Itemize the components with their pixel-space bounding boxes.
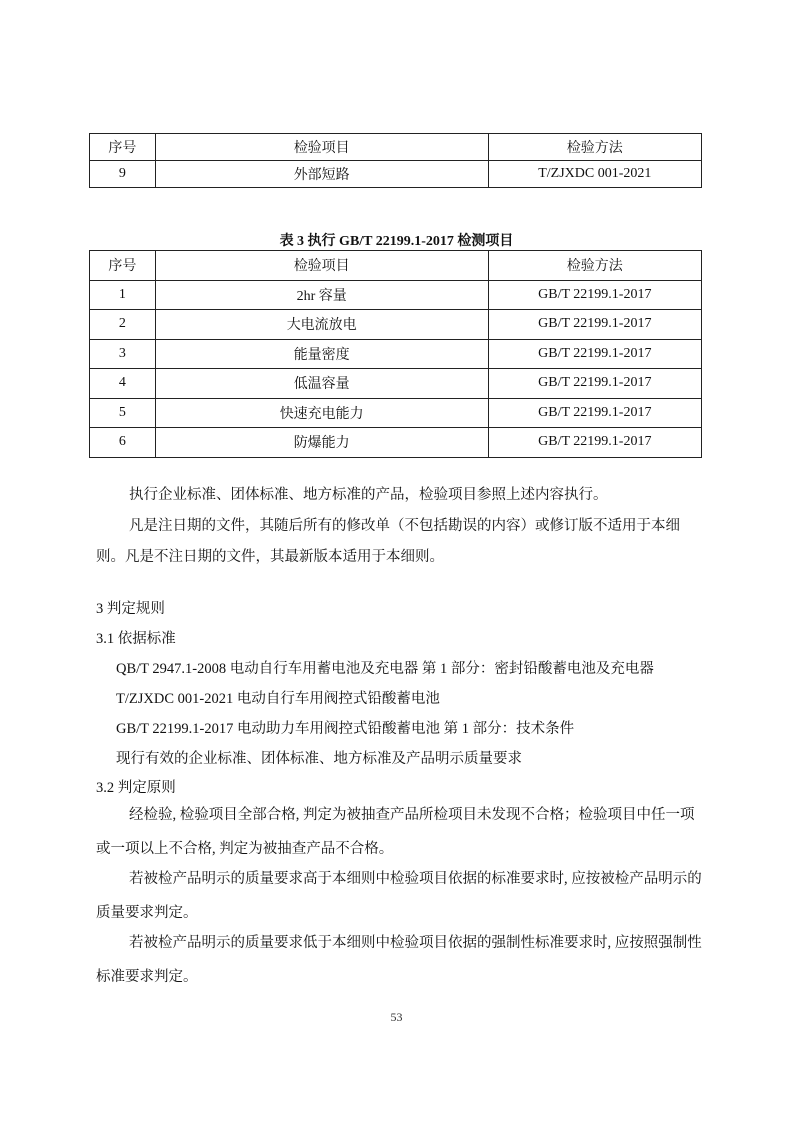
header-no: 序号 — [90, 134, 156, 161]
cell-method: GB/T 22199.1-2017 — [488, 310, 701, 340]
cell-method: GB/T 22199.1-2017 — [488, 280, 701, 310]
table-header-row: 序号 检验项目 检验方法 — [90, 134, 702, 161]
cell-no: 4 — [90, 369, 156, 399]
cell-item: 防爆能力 — [155, 428, 488, 458]
table-row: 4 低温容量 GB/T 22199.1-2017 — [90, 369, 702, 399]
header-item: 检验项目 — [155, 134, 488, 161]
cell-no: 2 — [90, 310, 156, 340]
table-row: 9 外部短路 T/ZJXDC 001-2021 — [90, 161, 702, 188]
table3-caption: 表 3 执行 GB/T 22199.1-2017 检测项目 — [0, 230, 793, 250]
section-3-2-heading: 3.2 判定原则 — [96, 776, 176, 797]
inspection-table-continued: 序号 检验项目 检验方法 9 外部短路 T/ZJXDC 001-2021 — [89, 133, 702, 188]
table-row: 6 防爆能力 GB/T 22199.1-2017 — [90, 428, 702, 458]
cell-item: 低温容量 — [155, 369, 488, 399]
principle-paragraph-2: 若被检产品明示的质量要求高于本细则中检验项目依据的标准要求时, 应按被检产品明示… — [96, 862, 706, 930]
inspection-table-3: 序号 检验项目 检验方法 1 2hr 容量 GB/T 22199.1-2017 … — [89, 250, 702, 458]
table-row: 5 快速充电能力 GB/T 22199.1-2017 — [90, 398, 702, 428]
cell-method: GB/T 22199.1-2017 — [488, 398, 701, 428]
section-3-1-heading: 3.1 依据标准 — [96, 627, 176, 648]
cell-no: 6 — [90, 428, 156, 458]
cell-method: T/ZJXDC 001-2021 — [488, 161, 701, 188]
cell-method: GB/T 22199.1-2017 — [488, 369, 701, 399]
cell-item: 能量密度 — [155, 339, 488, 369]
header-item: 检验项目 — [155, 251, 488, 281]
cell-item: 大电流放电 — [155, 310, 488, 340]
note-paragraph-1: 执行企业标准、团体标准、地方标准的产品，检验项目参照上述内容执行。 — [96, 480, 706, 511]
cell-method: GB/T 22199.1-2017 — [488, 428, 701, 458]
cell-no: 5 — [90, 398, 156, 428]
header-method: 检验方法 — [488, 251, 701, 281]
standard-item: QB/T 2947.1-2008 电动自行车用蓄电池及充电器 第 1 部分：密封… — [116, 657, 654, 678]
cell-item: 2hr 容量 — [155, 280, 488, 310]
cell-item: 快速充电能力 — [155, 398, 488, 428]
principle-paragraph-3: 若被检产品明示的质量要求低于本细则中检验项目依据的强制性标准要求时, 应按照强制… — [96, 926, 706, 994]
page-number: 53 — [0, 1010, 793, 1025]
cell-method: GB/T 22199.1-2017 — [488, 339, 701, 369]
table-row: 2 大电流放电 GB/T 22199.1-2017 — [90, 310, 702, 340]
cell-no: 3 — [90, 339, 156, 369]
table-row: 1 2hr 容量 GB/T 22199.1-2017 — [90, 280, 702, 310]
cell-no: 1 — [90, 280, 156, 310]
cell-item: 外部短路 — [155, 161, 488, 188]
standard-item: GB/T 22199.1-2017 电动助力车用阀控式铅酸蓄电池 第 1 部分：… — [116, 717, 574, 738]
header-no: 序号 — [90, 251, 156, 281]
standard-item: T/ZJXDC 001-2021 电动自行车用阀控式铅酸蓄电池 — [116, 687, 440, 708]
principle-paragraph-1: 经检验, 检验项目全部合格, 判定为被抽查产品所检项目未发现不合格；检验项目中任… — [96, 798, 706, 866]
note-paragraph-2: 凡是注日期的文件，其随后所有的修改单（不包括勘误的内容）或修订版不适用于本细则。… — [96, 511, 706, 573]
cell-no: 9 — [90, 161, 156, 188]
table-row: 3 能量密度 GB/T 22199.1-2017 — [90, 339, 702, 369]
header-method: 检验方法 — [488, 134, 701, 161]
table-header-row: 序号 检验项目 检验方法 — [90, 251, 702, 281]
standard-item: 现行有效的企业标准、团体标准、地方标准及产品明示质量要求 — [116, 747, 522, 768]
section-3-heading: 3 判定规则 — [96, 597, 165, 618]
